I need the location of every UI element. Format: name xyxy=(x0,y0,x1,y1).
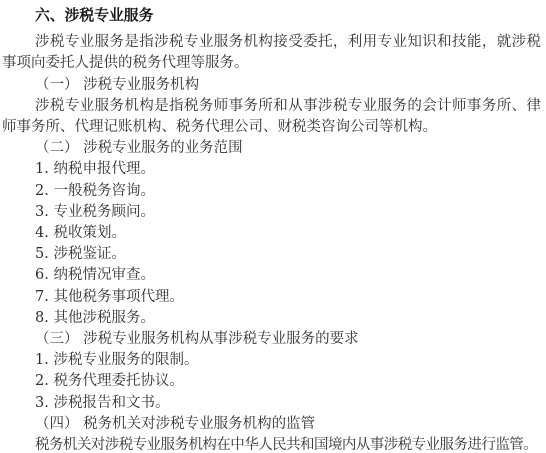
paragraph: （一） 涉税专业服务机构 xyxy=(2,75,541,96)
paragraph: 3. 专业税务顾问。 xyxy=(2,202,541,223)
document-page: 六、涉税专业服务 涉税专业服务是指涉税专业服务机构接受委托，利用专业知识和技能，… xyxy=(0,0,546,453)
paragraph: （四） 税务机关对涉税专业服务机构的监管 xyxy=(2,414,541,435)
paragraph: 1. 纳税申报代理。 xyxy=(2,159,541,180)
paragraph: 3. 涉税报告和文书。 xyxy=(2,393,541,414)
paragraph: 5. 涉税鉴证。 xyxy=(2,244,541,265)
section-heading: 六、涉税专业服务 xyxy=(2,5,541,26)
document-body: 涉税专业服务是指涉税专业服务机构接受委托，利用专业知识和技能，就涉税事项向委托人… xyxy=(2,32,541,453)
paragraph: 6. 纳税情况审查。 xyxy=(2,265,541,286)
paragraph: 税务机关对涉税专业服务机构在中华人民共和国境内从事涉税专业服务进行监管。 xyxy=(2,435,541,453)
paragraph: 2. 一般税务咨询。 xyxy=(2,181,541,202)
paragraph: 7. 其他税务事项代理。 xyxy=(2,287,541,308)
paragraph: 8. 其他涉税服务。 xyxy=(2,308,541,329)
paragraph: （三） 涉税专业服务机构从事涉税专业服务的要求 xyxy=(2,329,541,350)
paragraph: 2. 税务代理委托协议。 xyxy=(2,371,541,392)
paragraph: 涉税专业服务是指涉税专业服务机构接受委托，利用专业知识和技能，就涉税事项向委托人… xyxy=(2,32,541,74)
paragraph: 1. 涉税专业服务的限制。 xyxy=(2,350,541,371)
paragraph: 4. 税收策划。 xyxy=(2,223,541,244)
paragraph: （二） 涉税专业服务的业务范围 xyxy=(2,138,541,159)
paragraph: 涉税专业服务机构是指税务师事务所和从事涉税专业服务的会计师事务所、律师事务所、代… xyxy=(2,96,541,138)
